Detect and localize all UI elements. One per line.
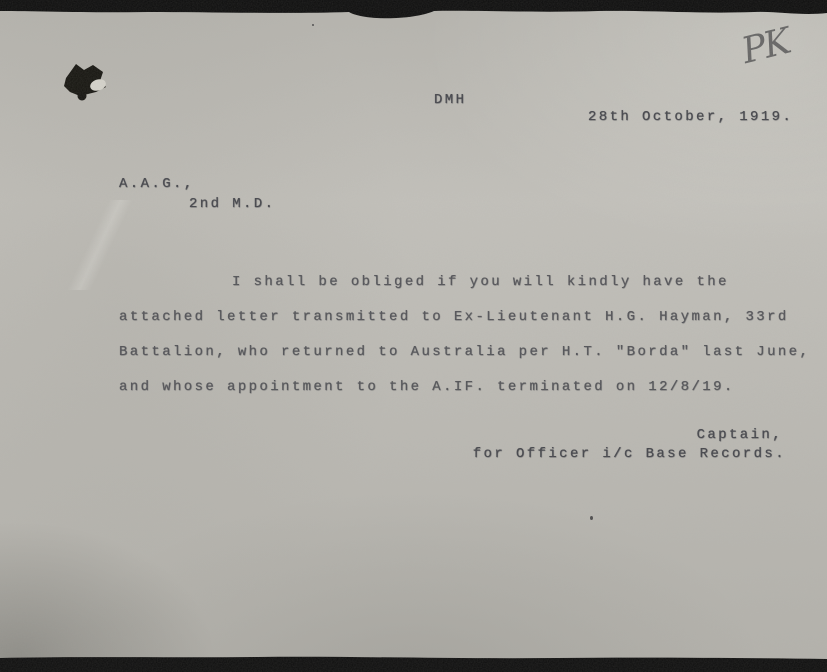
ink-speck bbox=[312, 24, 314, 26]
scanned-letter-page: PK DMH 28th October, 1919. A.A.G., 2nd M… bbox=[0, 0, 827, 672]
paper-crease bbox=[0, 200, 230, 290]
ink-blot-mark bbox=[60, 56, 112, 108]
body-line-3: Battalion, who returned to Australia per… bbox=[119, 344, 810, 360]
signature-rank: Captain, bbox=[697, 427, 783, 443]
body-line-2: attached letter transmitted to Ex-Lieute… bbox=[119, 309, 789, 325]
letter-date: 28th October, 1919. bbox=[588, 109, 793, 125]
scan-edge-bottom bbox=[0, 652, 827, 672]
ink-speck bbox=[590, 516, 593, 520]
scan-edge-top bbox=[0, 0, 827, 24]
body-line-4: and whose appointment to the A.IF. termi… bbox=[119, 379, 735, 395]
signature-for-line: for Officer i/c Base Records. bbox=[473, 446, 786, 462]
recipient-line-1: A.A.G., bbox=[119, 176, 195, 192]
paper-grain-texture bbox=[0, 0, 827, 672]
reference-initials: DMH bbox=[434, 92, 466, 108]
body-line-1: I shall be obliged if you will kindly ha… bbox=[232, 274, 729, 290]
recipient-line-2: 2nd M.D. bbox=[189, 196, 275, 212]
handwritten-initials: PK bbox=[738, 21, 794, 72]
